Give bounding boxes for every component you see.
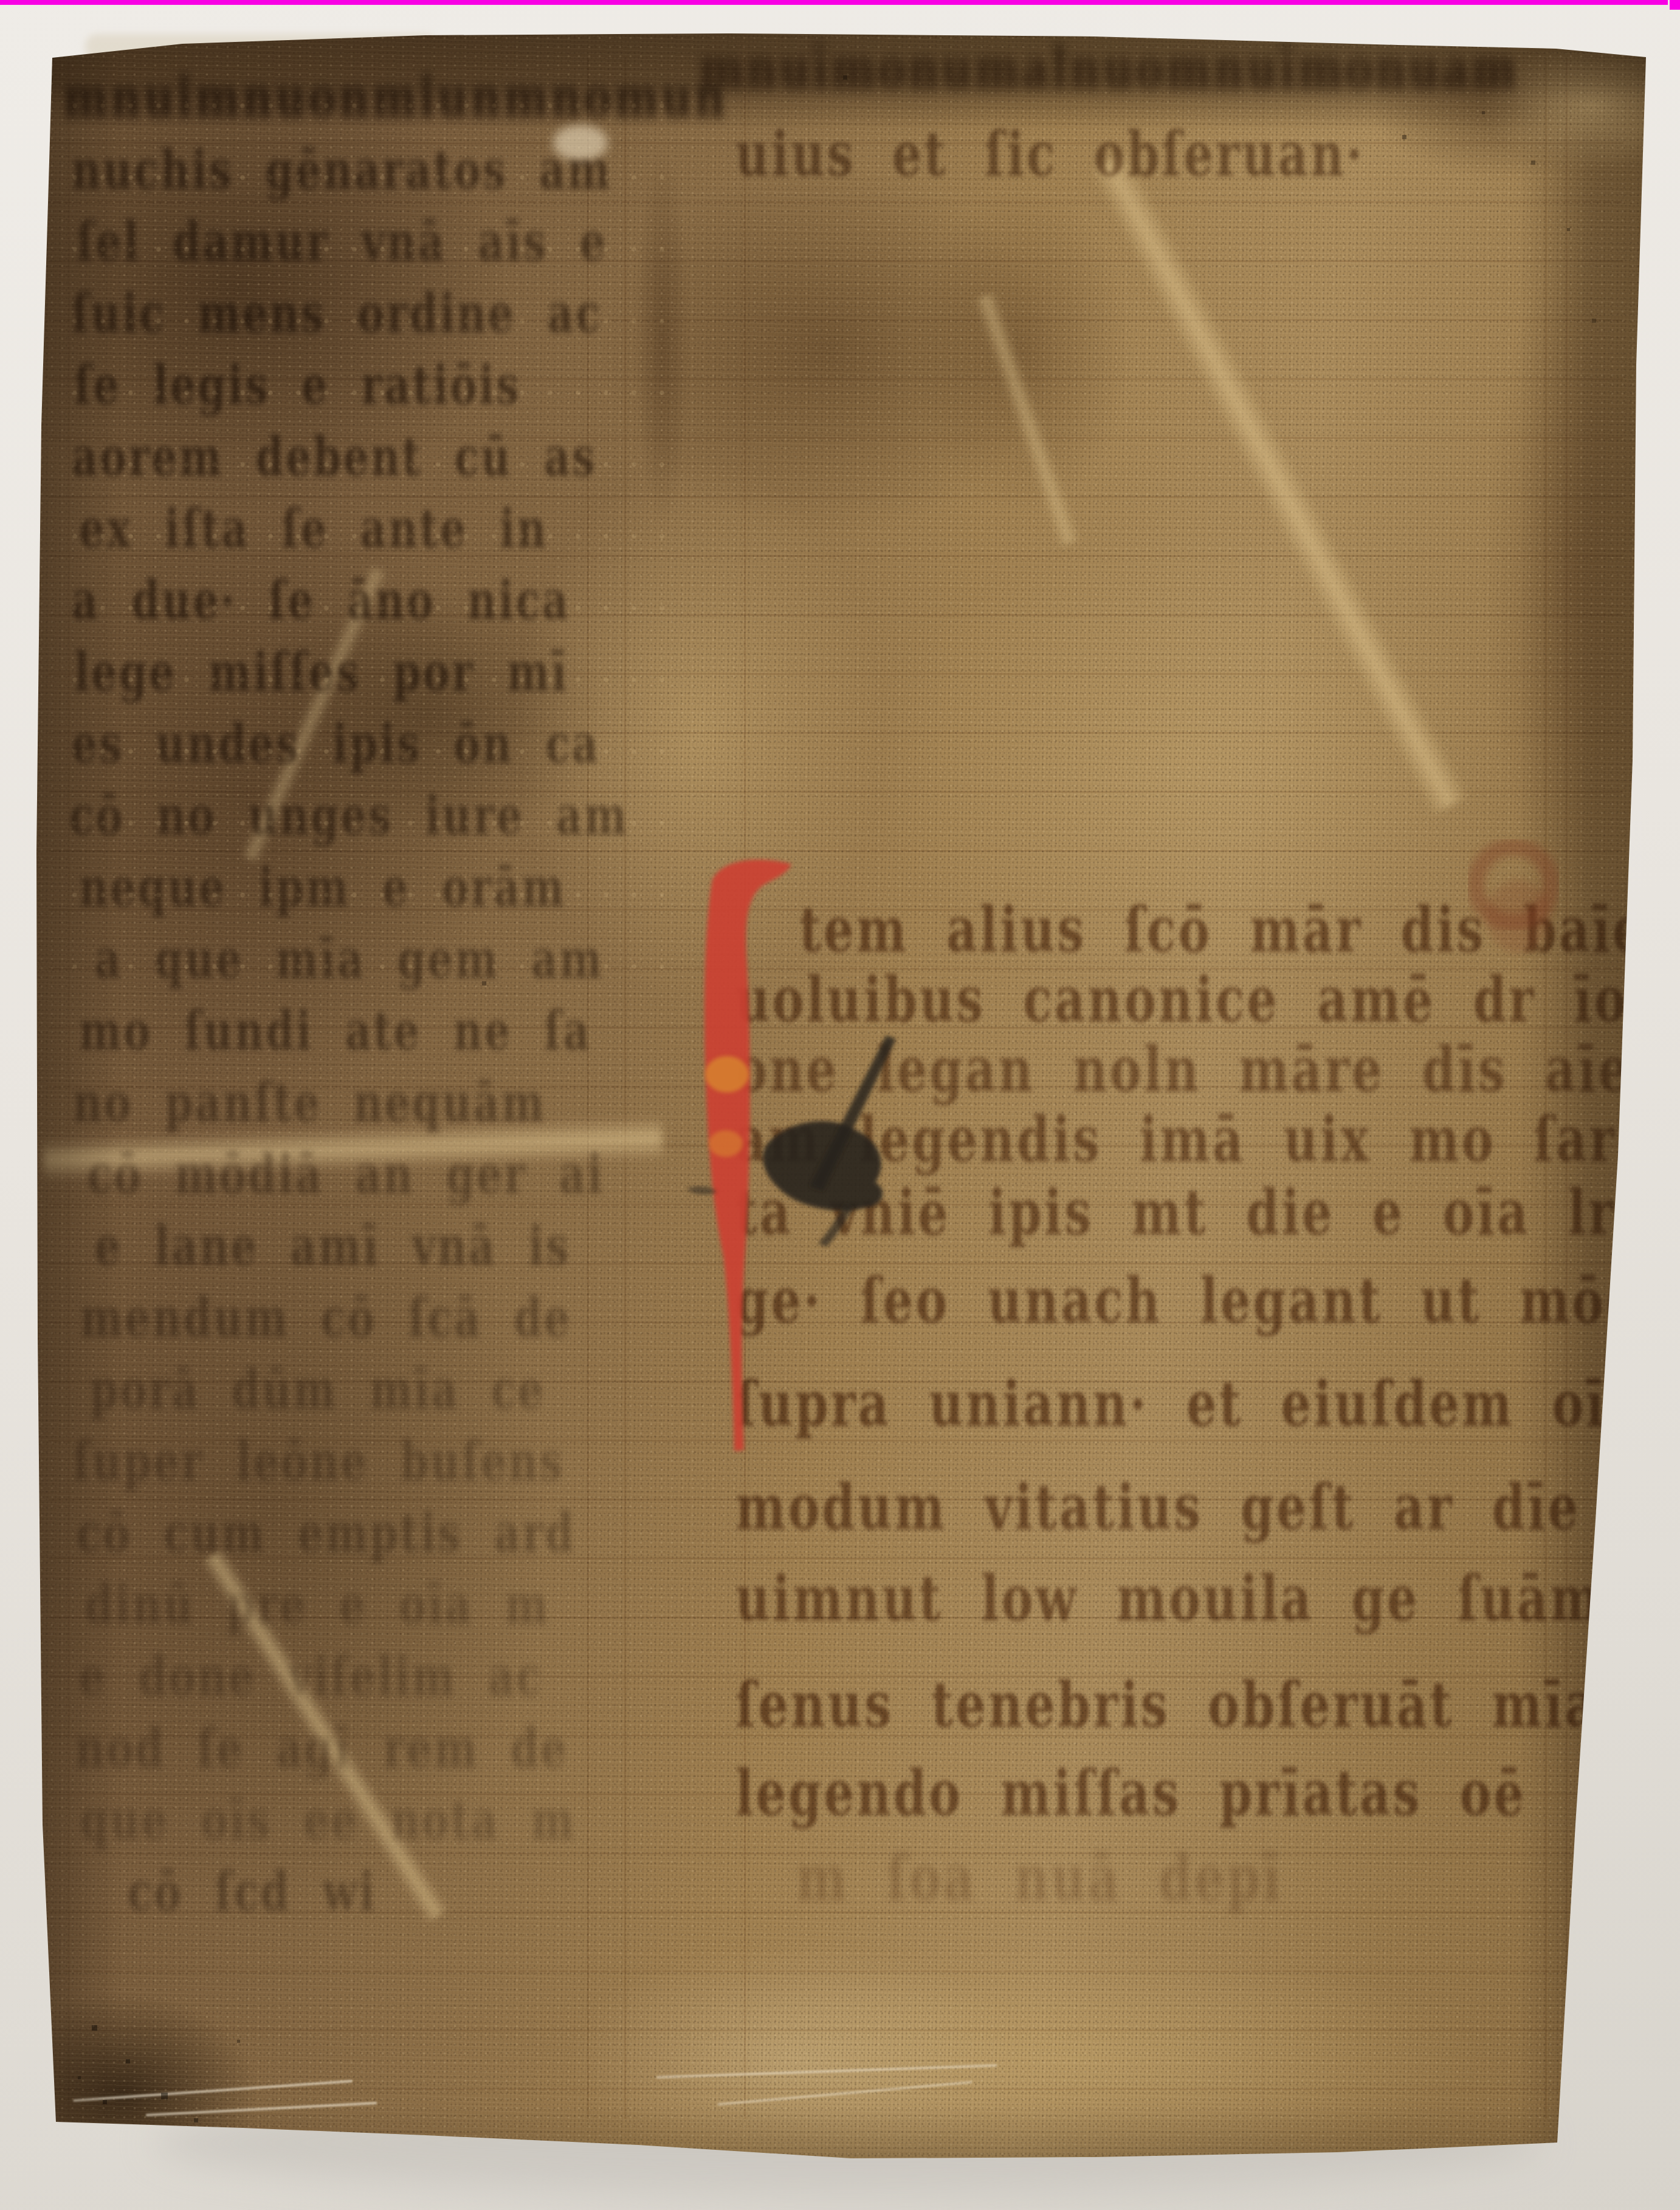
initial-orange-discoloration (705, 1056, 749, 1093)
ring-stain-core (1487, 880, 1550, 953)
ink-marks-overlay (36, 33, 1646, 2160)
ink-squiggle (687, 1186, 717, 1195)
scanner-calibration-stripe (0, 0, 1668, 5)
scanner-calibration-corner-mark (1670, 0, 1680, 10)
photograph-canvas: mnuimnuonmiunmnomunnuchis gēnaratos amſe… (0, 0, 1680, 2210)
initial-orange-discoloration-2 (709, 1130, 743, 1157)
parchment-leaf: mnuimnuonmiunmnomunnuchis gēnaratos amſe… (36, 33, 1646, 2160)
